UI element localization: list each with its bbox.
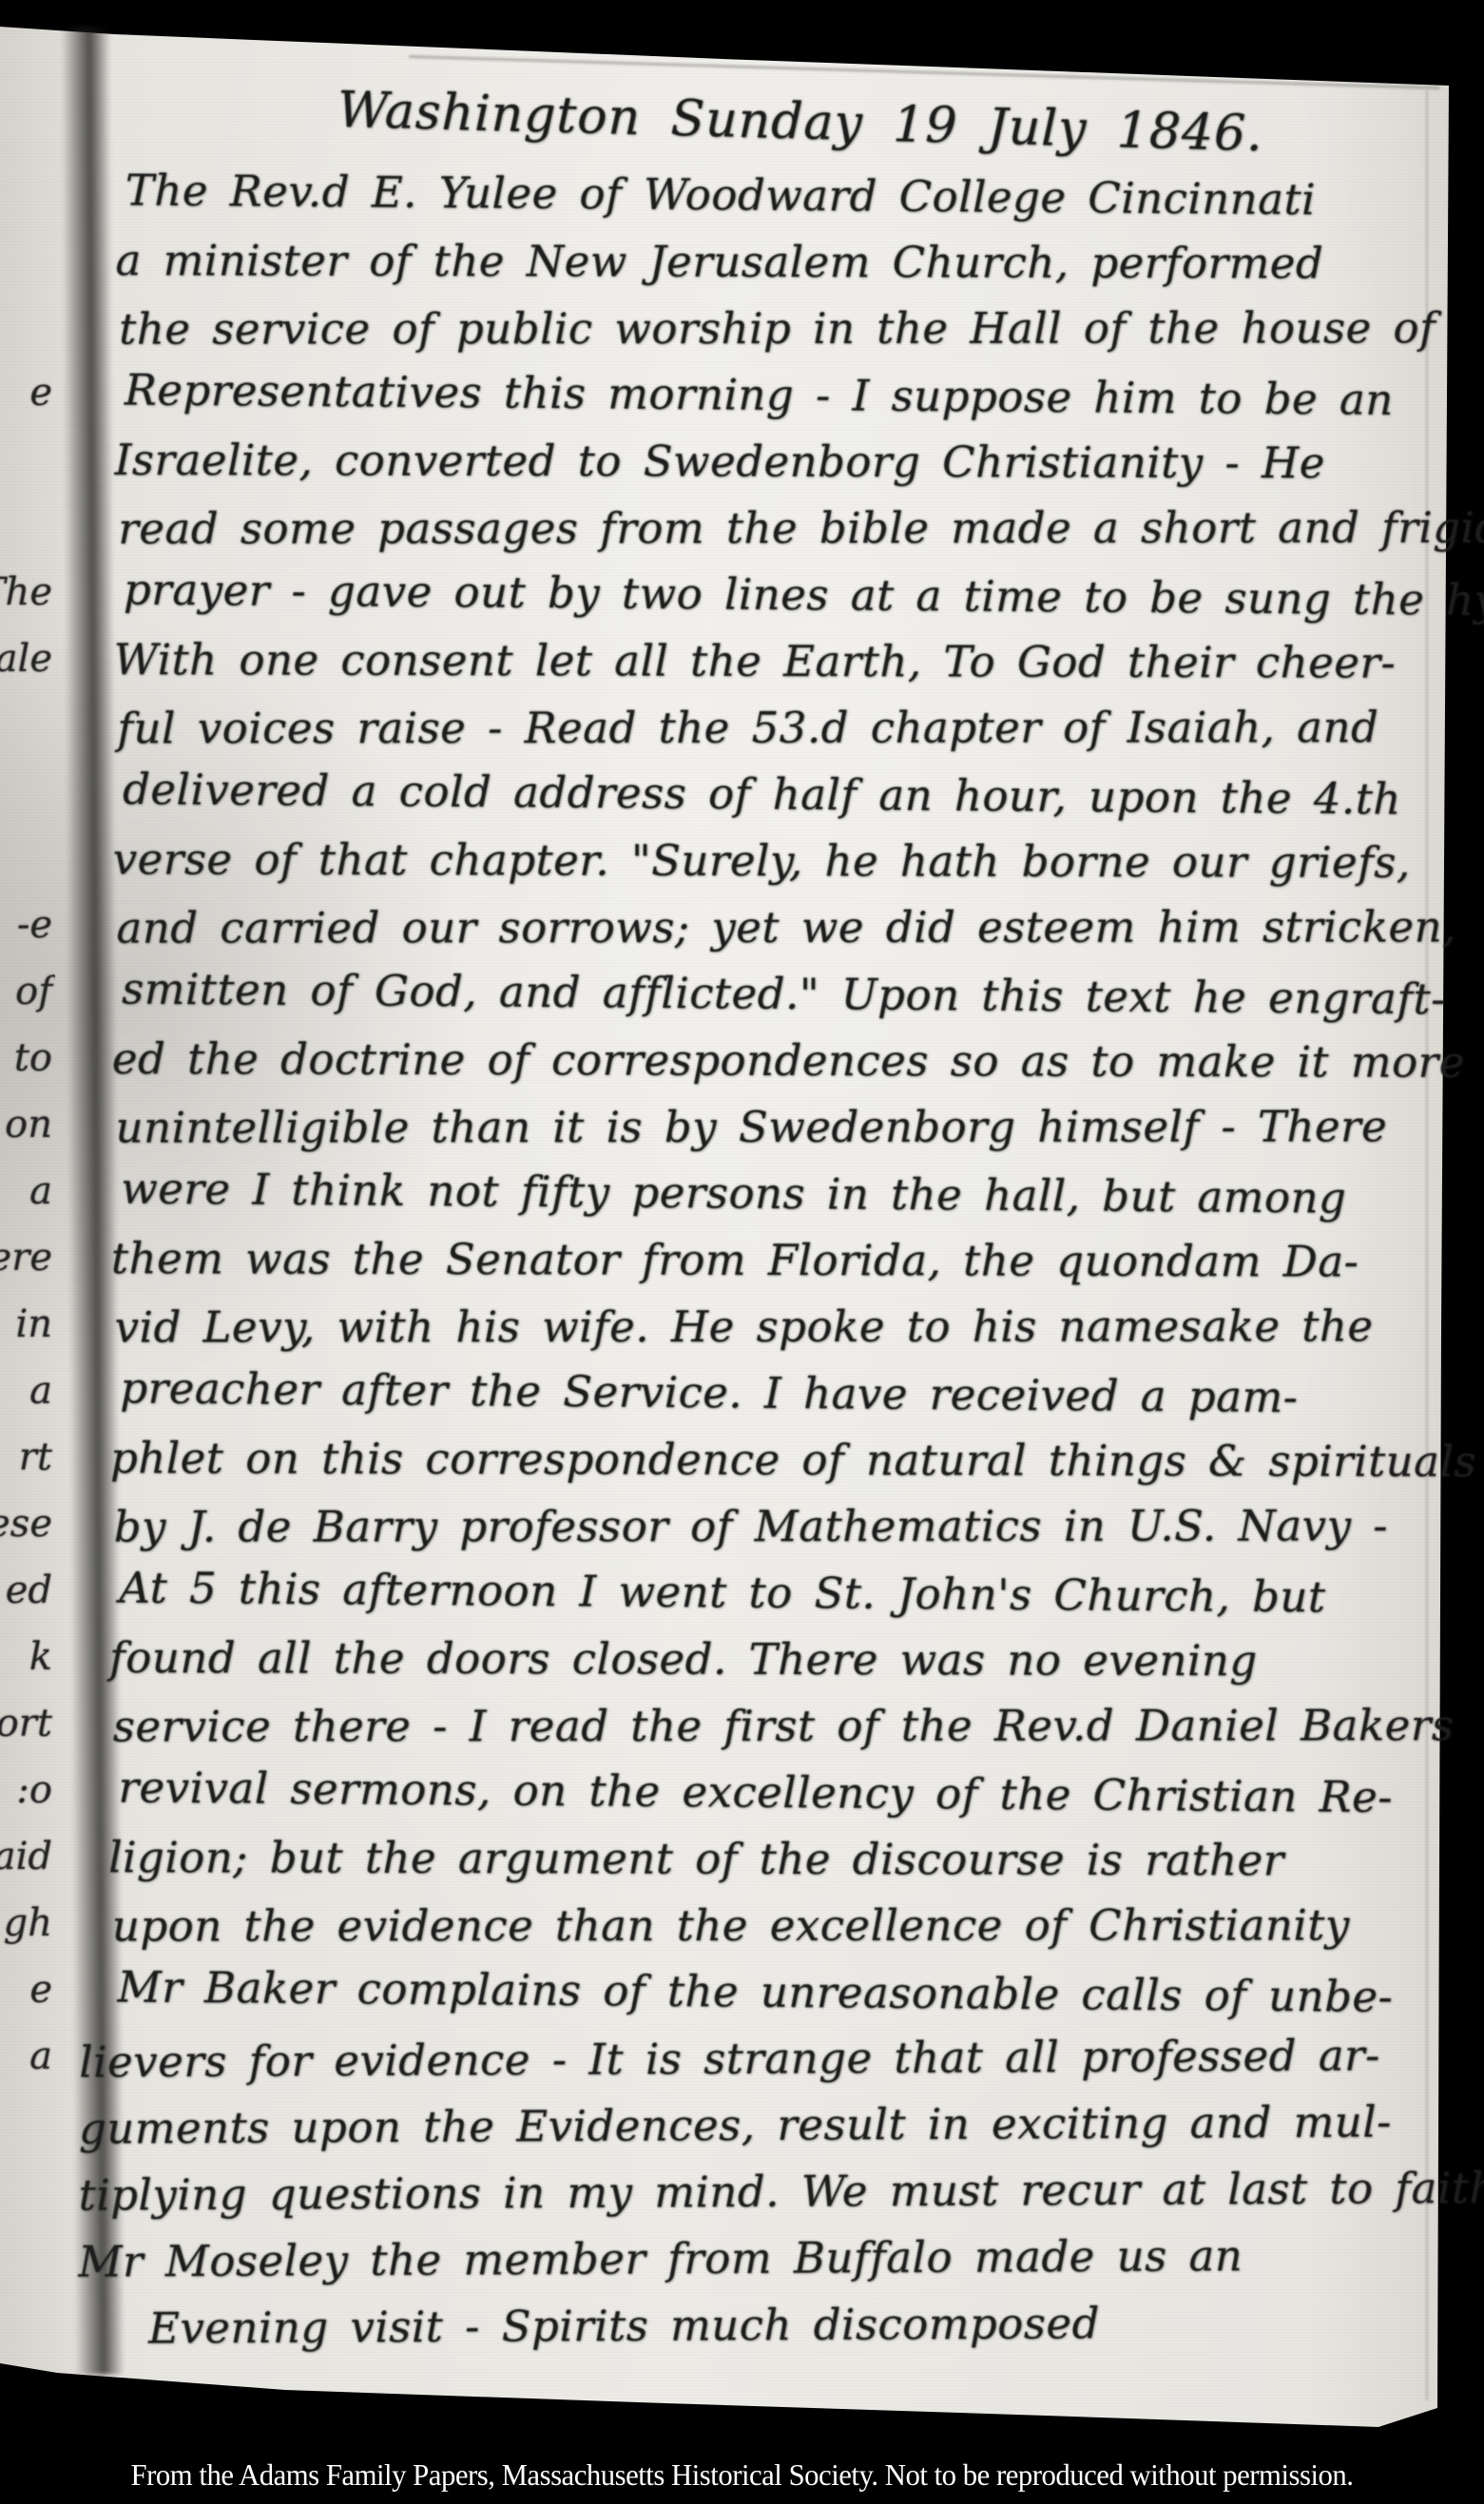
manuscript-line: Representatives this morning - I suppose… (125, 357, 1451, 434)
manuscript-line: Evening visit - Spirits much discomposed (148, 2289, 1441, 2362)
facing-page-fragment: ed (0, 1557, 55, 1624)
manuscript-line: At 5 this afternoon I went to St. John's… (119, 1555, 1445, 1632)
facing-page-fragment: a (0, 2023, 55, 2090)
facing-page-fragment: e (0, 1956, 55, 2023)
facing-page-fragment: a (0, 1358, 55, 1424)
manuscript-line: With one consent let all the Earth, To G… (114, 626, 1449, 697)
manuscript-line: service there - I read the first of the … (113, 1692, 1444, 1760)
facing-page-fragment (0, 226, 55, 293)
facing-page-fragment (0, 492, 55, 559)
manuscript-line: by J. de Barry professor of Mathematics … (114, 1493, 1445, 1560)
manuscript-line: smitten of God, and afflicted." Upon thi… (122, 956, 1448, 1033)
facing-page-fragment: k (0, 1624, 55, 1690)
facing-page-fragment: port (0, 1690, 55, 1757)
facing-page-fragment: ere (0, 1224, 55, 1291)
facing-page-fragment (0, 692, 55, 759)
facing-page-fragment: gh (0, 1890, 55, 1956)
facing-page-fragment: on (0, 1091, 55, 1158)
diary-entry-text: The Rev.d E. Yulee of Woodward College C… (110, 160, 1451, 2361)
manuscript-line: revival sermons, on the excellency of th… (118, 1755, 1444, 1832)
manuscript-line: a minister of the New Jerusalem Church, … (115, 227, 1450, 298)
facing-page-fragment (0, 825, 55, 892)
facing-page-fragment: The (0, 559, 55, 626)
facing-page-fragment: of (0, 958, 55, 1025)
manuscript-line: Israelite, converted to Swedenborg Chris… (115, 427, 1450, 497)
manuscript-line: were I think not fifty persons in the ha… (121, 1156, 1447, 1233)
facing-page-fragment: to (0, 1025, 55, 1091)
manuscript-line: tiplying questions in my mind. We must r… (79, 2155, 1442, 2229)
facing-page-fragment (0, 426, 55, 492)
facing-page-fragment: e (0, 359, 55, 426)
facing-page-fragment (0, 160, 55, 226)
facing-page-fragment: in (0, 1291, 55, 1358)
manuscript-line: The Rev.d E. Yulee of Woodward College C… (125, 158, 1452, 235)
manuscript-line: unintelligible than it is by Swedenborg … (116, 1093, 1447, 1161)
manuscript-line: phlet on this correspondence of natural … (110, 1425, 1445, 1495)
facing-page-fragment (0, 293, 55, 359)
manuscript-line: ful voices raise - Read the 53.d chapter… (117, 694, 1448, 761)
manuscript-line: verse of that chapter. "Surely, he hath … (113, 826, 1448, 896)
facing-page-fragment (0, 759, 55, 825)
manuscript-line: and carried our sorrows; yet we did este… (116, 894, 1447, 961)
facing-page-fragment (0, 2090, 55, 2156)
facing-page-fragment: ale (0, 626, 55, 692)
manuscript-line: Mr Moseley the member from Buffalo made … (78, 2222, 1441, 2296)
facing-page-fragment: rt (0, 1424, 55, 1491)
manuscript-line: prayer - gave out by two lines at a time… (124, 557, 1450, 634)
facing-page-sliver: e The ale e- of to on a ere in a rt ese … (0, 160, 55, 2356)
facing-page-fragment: o: (0, 1757, 55, 1823)
facing-page-fragment: ese (0, 1491, 55, 1557)
manuscript-line: delivered a cold address of half an hour… (123, 757, 1449, 834)
facing-page-fragment: a (0, 1158, 55, 1224)
facing-page-fragment: e- (0, 892, 55, 958)
manuscript-line: vid Levy, with his wife. He spoke to his… (115, 1293, 1446, 1360)
manuscript-line: read some passages from the bible made a… (118, 494, 1449, 562)
manuscript-line: guments upon the Evidences, result in ex… (79, 2089, 1442, 2163)
manuscript-line: upon the evidence than the excellence of… (112, 1892, 1443, 1959)
manuscript-line: the service of public worship in the Hal… (119, 295, 1450, 362)
manuscript-line: preacher after the Service. I have recei… (120, 1356, 1446, 1433)
manuscript-line: Mr Baker complains of the unreasonable c… (117, 1955, 1443, 2032)
manuscript-line: them was the Senator from Florida, the q… (111, 1225, 1446, 1296)
facing-page-fragment: aid (0, 1823, 55, 1890)
archive-caption: From the Adams Family Papers, Massachuse… (29, 2457, 1455, 2493)
manuscript-line: ligion; but the argument of the discours… (108, 1824, 1443, 1895)
manuscript-line: lievers for evidence - It is strange tha… (79, 2022, 1442, 2096)
manuscript-line: found all the doors closed. There was no… (109, 1625, 1444, 1695)
manuscript-line: ed the doctrine of correspondences so as… (112, 1026, 1447, 1096)
